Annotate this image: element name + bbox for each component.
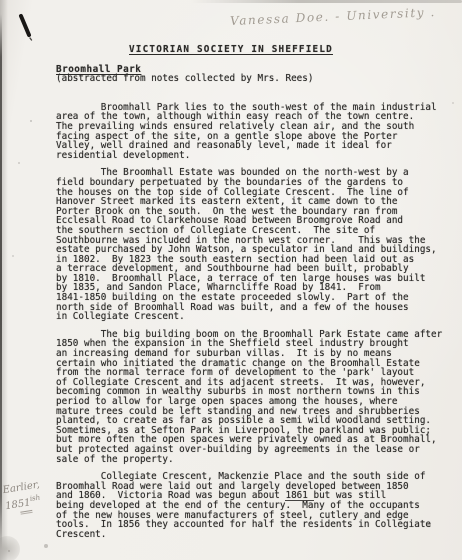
margin-note-tick — [20, 510, 32, 513]
margin-note-superscript: ish — [29, 493, 40, 503]
scan-smudge — [0, 536, 20, 560]
handwritten-margin-note: Earlier, 1851ish — [2, 477, 58, 515]
paper-specks — [30, 120, 32, 122]
page-title: VICTORIAN SOCIETY IN SHEFFIELD — [129, 45, 458, 55]
paragraph-2: The Broomhall Estate was bounded on the … — [56, 168, 458, 322]
paragraph-1: Broomhall Park lies to the south-west of… — [56, 103, 458, 161]
typewritten-content: VICTORIAN SOCIETY IN SHEFFIELD Broomhall… — [56, 0, 458, 547]
underline-1861-mark — [285, 500, 314, 501]
paragraph-3: The big building boom on the Broomhall P… — [56, 330, 458, 464]
paragraph-4: Collegiate Crescent, Mackenzie Place and… — [56, 472, 458, 539]
scanned-document-page: Vanessa Doe. - University . Earlier, 185… — [0, 0, 462, 560]
pen-mark-icon — [17, 13, 35, 43]
scan-left-edge-line — [0, 14, 2, 550]
section-subheading: (abstracted from notes collected by Mrs.… — [56, 74, 458, 84]
